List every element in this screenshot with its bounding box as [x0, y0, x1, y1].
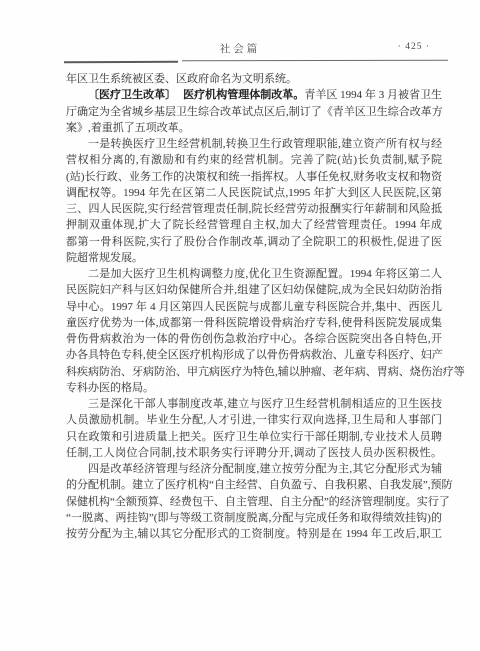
text-line: 科疾病防治、牙病防治、甲亢病医疗为特色,辅以肿瘤、老年病、胃病、烧伤治疗等: [66, 364, 442, 380]
header-rule-right: [182, 59, 448, 61]
text-line: 都第一骨科医院,实行了股份合作制改革,调动了全院职工的积极性,促进了医: [66, 234, 442, 250]
text-line: 按劳分配为主,辅以其它分配形式的工资制度。特别是在 1994 年工改后,职工: [66, 526, 442, 542]
paragraph: 四是改革经济管理与经济分配制度,建立按劳分配为主,其它分配形式为辅 的分配机制。…: [66, 461, 442, 542]
text-line: 二是加大医疗卫生机构调整力度,优化卫生资源配置。1994 年将区第二人: [66, 266, 442, 282]
paragraph: 三是深化干部人事制度改革,建立与医疗卫生经营机制相适应的卫生医技 人员激励机制。…: [66, 396, 442, 461]
text-line: 一是转换医疗卫生经营机制,转换卫生行政管理职能,建立资产所有权与经: [66, 136, 442, 152]
text-line: 调配权等。1994 年先在区第二人民医院试点,1995 年扩大到区人民医院,区第: [66, 185, 442, 201]
paragraph: 〔医疗卫生改革〕医疗机构管理体制改革。青羊区 1994 年 3 月被省卫生 厅确…: [66, 87, 442, 136]
text-line: 任制,工人岗位合同制,技术职务实行评聘分开,调动了医技人员办医积极性。: [66, 445, 442, 461]
text-line: 民医院妇产科与区妇幼保健所合并,组建了区妇幼保健院,成为全民妇幼防治指: [66, 282, 442, 298]
text-line: 年区卫生系统被区委、区政府命名为文明系统。: [66, 71, 442, 87]
paragraph: 年区卫生系统被区委、区政府命名为文明系统。: [66, 71, 442, 87]
text-line: 保健机构“全额预算、经费包干、自主管理、自主分配”的经济管理制度。实行了: [66, 494, 442, 510]
text-line: 导中心。1997 年 4 月区第四人民医院与成都儿童专科医院合并,集中、西医儿: [66, 299, 442, 315]
text-line: 〔医疗卫生改革〕医疗机构管理体制改革。青羊区 1994 年 3 月被省卫生: [66, 87, 442, 103]
text-line: 人员激励机制。毕业生分配,人才引进,一律实行双向选择,卫生局和人事部门: [66, 412, 442, 428]
entry-text: 青羊区 1994 年 3 月被省卫生: [304, 89, 442, 101]
text-line: 只在政策和引进质量上把关。医疗卫生单位实行干部任期制,专业技术人员聘: [66, 429, 442, 445]
text-line: 四是改革经济管理与经济分配制度,建立按劳分配为主,其它分配形式为辅: [66, 461, 442, 477]
text-line: 院超常规发展。: [66, 250, 442, 266]
text-line: (站)长行政、业务工作的决策权和统一指挥权。人事任免权,财务收支权和物资: [66, 169, 442, 185]
text-line: 童医疗优势为一体,成都第一骨科医院增设骨病治疗专科,使骨科医院发展成集: [66, 315, 442, 331]
text-line: 案》,着重抓了五项改革。: [66, 120, 442, 136]
text-line: 押制双重体现,扩大了院长经营管理自主权,加大了经营管理责任。1994 年成: [66, 217, 442, 233]
header-rule-left: [64, 61, 178, 63]
text-line: “一脱离、两挂钩”(即与等级工资制度脱离,分配与完成任务和取得绩效挂钩)的: [66, 510, 442, 526]
scanned-book-page: 社会篇 · 425 · 年区卫生系统被区委、区政府命名为文明系统。 〔医疗卫生改…: [0, 0, 480, 651]
page-number: · 425 ·: [398, 42, 430, 52]
text-line: 办各具特色专科,使全区医疗机构形成了以骨伤骨病救治、儿童专科医疗、妇产: [66, 347, 442, 363]
text-line: 三、四人民医院,实行经营管理责任制,院长经营劳动报酬实行年薪制和风险抵: [66, 201, 442, 217]
text-line: 营权相分离的,有激励和有约束的经营机制。完善了院(站)长负责制,赋予院: [66, 152, 442, 168]
paragraph: 一是转换医疗卫生经营机制,转换卫生行政管理职能,建立资产所有权与经 营权相分离的…: [66, 136, 442, 266]
text-line: 厅确定为全省城乡基层卫生综合改革试点区后,制订了《青羊区卫生综合改革方: [66, 104, 442, 120]
text-line: 专科办医的格局。: [66, 380, 442, 396]
paragraph: 二是加大医疗卫生机构调整力度,优化卫生资源配置。1994 年将区第二人 民医院妇…: [66, 266, 442, 396]
text-line: 三是深化干部人事制度改革,建立与医疗卫生经营机制相适应的卫生医技: [66, 396, 442, 412]
body-text: 年区卫生系统被区委、区政府命名为文明系统。 〔医疗卫生改革〕医疗机构管理体制改革…: [66, 71, 442, 542]
text-line: 骨伤骨病救治为一体的骨伤创伤急救治疗中心。各综合医院突出各自特色,开: [66, 331, 442, 347]
entry-subtitle: 医疗机构管理体制改革。: [183, 89, 304, 101]
entry-name: 〔医疗卫生改革〕: [88, 89, 176, 101]
text-line: 的分配机制。建立了医疗机构“自主经营、自负盈亏、自我积累、自我发展”,预防: [66, 477, 442, 493]
